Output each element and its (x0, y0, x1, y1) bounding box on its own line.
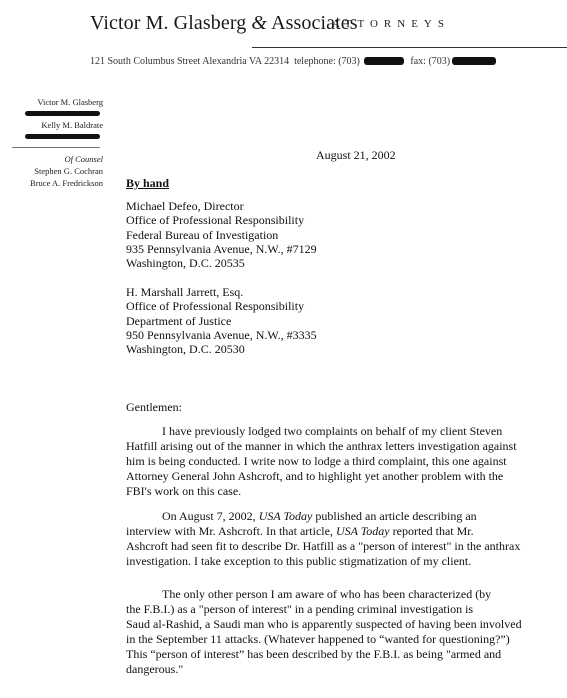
paragraph-line: the F.B.I.) as a "person of interest" in… (126, 602, 546, 617)
firm-address: 121 South Columbus Street Alexandria VA … (90, 56, 289, 67)
paragraph-line: interview with Mr. Ashcroft. In that art… (126, 524, 546, 539)
publication-title: USA Today (336, 524, 390, 538)
telephone-label: telephone: (703) (294, 56, 360, 67)
paragraph-line: FBI's work on this case. (126, 484, 546, 499)
redaction-bar (25, 134, 100, 139)
text-run: interview with Mr. Ashcroft. In that art… (126, 524, 336, 538)
fax-label: fax: (703) (410, 56, 450, 67)
of-counsel-label: Of Counsel (65, 154, 104, 164)
recipient-line: Washington, D.C. 20530 (126, 342, 317, 356)
firm-tagline: ATTORNEYS (332, 18, 450, 30)
recipient-line: Department of Justice (126, 314, 317, 328)
letter-date: August 21, 2002 (316, 148, 396, 163)
paragraph-line: On August 7, 2002, USA Today published a… (126, 509, 546, 524)
recipient-line: Office of Professional Responsibility (126, 299, 317, 313)
publication-title: USA Today (259, 509, 313, 523)
text-run: published an article describing an (312, 509, 476, 523)
recipient-line: Michael Defeo, Director (126, 199, 317, 213)
body-paragraph: I have previously lodged two complaints … (126, 424, 546, 499)
paragraph-line: The only other person I am aware of who … (126, 587, 546, 602)
firm-name-ampersand: & (251, 12, 267, 34)
letterhead-rule (252, 47, 567, 48)
paragraph-line: dangerous." (126, 662, 546, 677)
recipient-line: 950 Pennsylvania Avenue, N.W., #3335 (126, 328, 317, 342)
text-run: reported that Mr. (390, 524, 474, 538)
redaction-bar (25, 111, 100, 116)
recipient-line: Federal Bureau of Investigation (126, 228, 317, 242)
paragraph-line: Ashcroft had seen fit to describe Dr. Ha… (126, 539, 546, 554)
paragraph-line: him is being conducted. I write now to l… (126, 454, 546, 469)
of-counsel-name: Bruce A. Fredrickson (30, 178, 103, 188)
body-paragraph: The only other person I am aware of who … (126, 587, 546, 677)
salutation: Gentlemen: (126, 400, 182, 415)
sidebar-divider (12, 147, 100, 148)
recipient-line: Office of Professional Responsibility (126, 213, 317, 227)
paragraph-line: Hatfill arising out of the manner in whi… (126, 439, 546, 454)
recipient-line: Washington, D.C. 20535 (126, 256, 317, 270)
redacted-telephone (364, 57, 404, 65)
recipient-line: 935 Pennsylvania Avenue, N.W., #7129 (126, 242, 317, 256)
paragraph-line: in the September 11 attacks. (Whatever h… (126, 632, 546, 647)
delivery-method: By hand (126, 176, 169, 191)
paragraph-line: I have previously lodged two complaints … (126, 424, 546, 439)
firm-name-part1: Victor M. Glasberg (90, 12, 246, 34)
recipient-line: H. Marshall Jarrett, Esq. (126, 285, 317, 299)
attorney-name: Victor M. Glasberg (37, 97, 103, 107)
paragraph-line: This “person of interest” has been descr… (126, 647, 546, 662)
redacted-fax (452, 57, 496, 65)
recipient-address-block: H. Marshall Jarrett, Esq. Office of Prof… (126, 285, 317, 356)
paragraph-line: Attorney General John Ashcroft, and to h… (126, 469, 546, 484)
attorney-name: Kelly M. Baldrate (41, 120, 103, 130)
recipient-address-block: Michael Defeo, Director Office of Profes… (126, 199, 317, 270)
text-run: On August 7, 2002, (162, 509, 259, 523)
firm-name: Victor M. Glasberg & Associates (90, 12, 358, 35)
of-counsel-name: Stephen G. Cochran (34, 166, 103, 176)
paragraph-line: Saud al-Rashid, a Saudi man who is appar… (126, 617, 546, 632)
firm-contact-line: 121 South Columbus Street Alexandria VA … (90, 56, 496, 67)
paragraph-line: investigation. I take exception to this … (126, 554, 546, 569)
body-paragraph: On August 7, 2002, USA Today published a… (126, 509, 546, 569)
